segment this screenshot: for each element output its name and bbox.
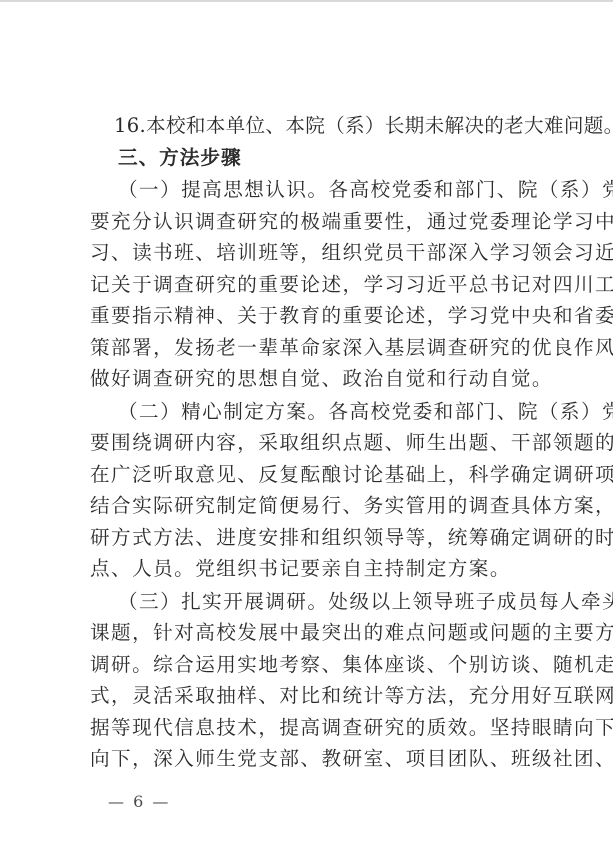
- paragraph-3-line-3: 调研。综合运用实地考察、集体座谈、个别访谈、随机走访等方: [90, 650, 542, 680]
- paragraph-2-line-4: 结合实际研究制定简便易行、务实管用的调查具体方案，明确调: [90, 491, 542, 521]
- paragraph-3-line-2: 课题，针对高校发展中最突出的难点问题或问题的主要方面开展: [90, 618, 542, 648]
- paragraph-2-line-3: 在广泛听取意见、反复酝酿讨论基础上，科学确定调研项目课题，: [90, 460, 542, 490]
- paragraph-3-line-1: （三）扎实开展调研。处级以上领导班子成员每人牵头1个: [118, 587, 542, 617]
- page-number: — 6 —: [108, 792, 170, 811]
- paragraph-1-line-5: 重要指示精神、关于教育的重要论述，学习党中央和省委相关决: [90, 301, 542, 331]
- paragraph-3-line-5: 据等现代信息技术，提高调查研究的质效。坚持眼睛向下、脚步: [90, 713, 542, 743]
- document-page: 16.本校和本单位、本院（系）长期未解决的老大难问题。 三、方法步骤 （一）提高…: [0, 0, 613, 867]
- paragraph-2-line-6: 点、人员。党组织书记要亲自主持制定方案。: [90, 554, 542, 584]
- list-item-16: 16.本校和本单位、本院（系）长期未解决的老大难问题。: [114, 111, 542, 141]
- paragraph-3-line-4: 式，灵活采取抽样、对比和统计等方法，充分用好互联网、大数: [90, 681, 542, 711]
- paragraph-2-line-2: 要围绕调研内容，采取组织点题、师生出题、干部领题的方式，: [90, 428, 542, 458]
- section-heading: 三、方法步骤: [118, 143, 542, 173]
- paragraph-1-line-7: 做好调查研究的思想自觉、政治自觉和行动自觉。: [90, 364, 542, 394]
- paragraph-1-line-2: 要充分认识调查研究的极端重要性，通过党委理论学习中心组学: [90, 207, 542, 237]
- paragraph-1-line-1: （一）提高思想认识。各高校党委和部门、院（系）党组织: [118, 175, 542, 205]
- paragraph-3-line-6: 向下，深入师生党支部、教研室、项目团队、班级社团、学生公: [90, 744, 542, 774]
- paragraph-1-line-4: 记关于调查研究的重要论述，学习习近平总书记对四川工作系列: [90, 270, 542, 300]
- paragraph-2-line-1: （二）精心制定方案。各高校党委和部门、院（系）党组织: [118, 397, 542, 427]
- paragraph-2-line-5: 研方式方法、进度安排和组织领导等，统筹确定调研的时间、地: [90, 523, 542, 553]
- paragraph-1-line-6: 策部署，发扬老一辈革命家深入基层调查研究的优良作风，增强: [90, 333, 542, 363]
- paragraph-1-line-3: 习、读书班、培训班等，组织党员干部深入学习领会习近平总书: [90, 238, 542, 268]
